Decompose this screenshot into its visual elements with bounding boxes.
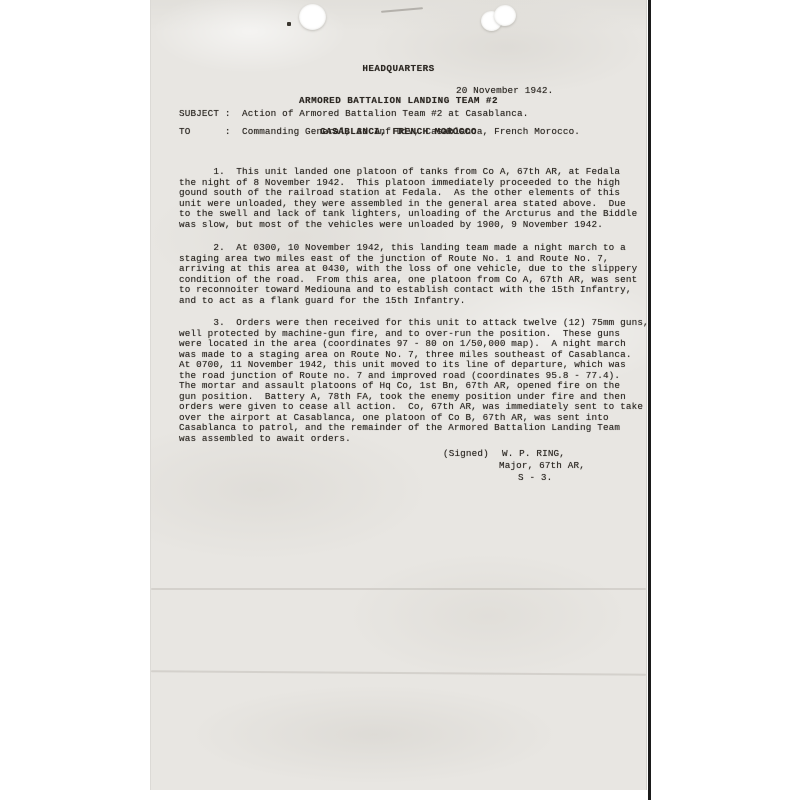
signature-role: S - 3. xyxy=(518,473,552,484)
scan-canvas: HEADQUARTERS ARMORED BATTALION LANDING T… xyxy=(0,0,800,800)
subject-line: SUBJECT : Action of Armored Battalion Te… xyxy=(179,109,528,120)
paper-crease xyxy=(151,588,646,590)
paper-crease xyxy=(151,670,646,675)
paragraph-3: 3. Orders were then received for this un… xyxy=(179,318,649,444)
signature-title: Major, 67th AR, xyxy=(499,461,585,472)
punch-hole-left xyxy=(299,4,326,30)
letterhead-line-headquarters: HEADQUARTERS xyxy=(151,64,646,75)
letterhead: HEADQUARTERS ARMORED BATTALION LANDING T… xyxy=(151,43,646,159)
binder-edge-line xyxy=(648,0,651,800)
letterhead-line-unit: ARMORED BATTALION LANDING TEAM #2 xyxy=(151,96,646,107)
to-line: TO : Commanding General, 3d Inf Div, Cas… xyxy=(179,127,580,138)
paragraph-2: 2. At 0300, 10 November 1942, this landi… xyxy=(179,243,637,306)
scratch-mark xyxy=(381,7,423,13)
document-page: HEADQUARTERS ARMORED BATTALION LANDING T… xyxy=(150,0,647,790)
paragraph-1: 1. This unit landed one platoon of tanks… xyxy=(179,167,637,230)
signed-label: (Signed) xyxy=(443,449,489,460)
signature-name: W. P. RING, xyxy=(502,449,565,460)
ink-speck xyxy=(287,22,291,26)
date-line: 20 November 1942. xyxy=(456,86,553,97)
punch-hole-right-upper xyxy=(494,5,516,26)
